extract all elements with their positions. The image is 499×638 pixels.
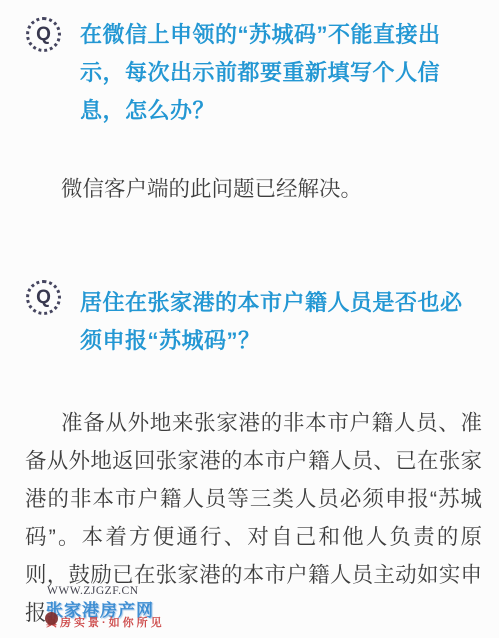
site-watermark: WWW.ZJGZF.CN 张家港房产网 真房实景·如你所见 [0, 583, 280, 638]
answer-1-text: 微信客户端的此问题已经解决。 [25, 170, 482, 208]
question-icon-letter: Q [36, 288, 51, 307]
watermark-logo-dot-icon [45, 612, 58, 625]
question-icon-letter: Q [36, 25, 51, 44]
question-1-text: 在微信上申领的“苏城码”不能直接出示，每次出示前都要重新填写个人信息，怎么办？ [80, 16, 483, 130]
question-icon: Q [26, 280, 61, 315]
watermark-slogan: 真房实景·如你所见 [46, 614, 165, 630]
article-page: Q 在微信上申领的“苏城码”不能直接出示，每次出示前都要重新填写个人信息，怎么办… [0, 0, 499, 638]
question-2-text: 居住在张家港的本市户籍人员是否也必须申报“苏城码”？ [80, 284, 483, 360]
question-icon: Q [26, 17, 61, 52]
